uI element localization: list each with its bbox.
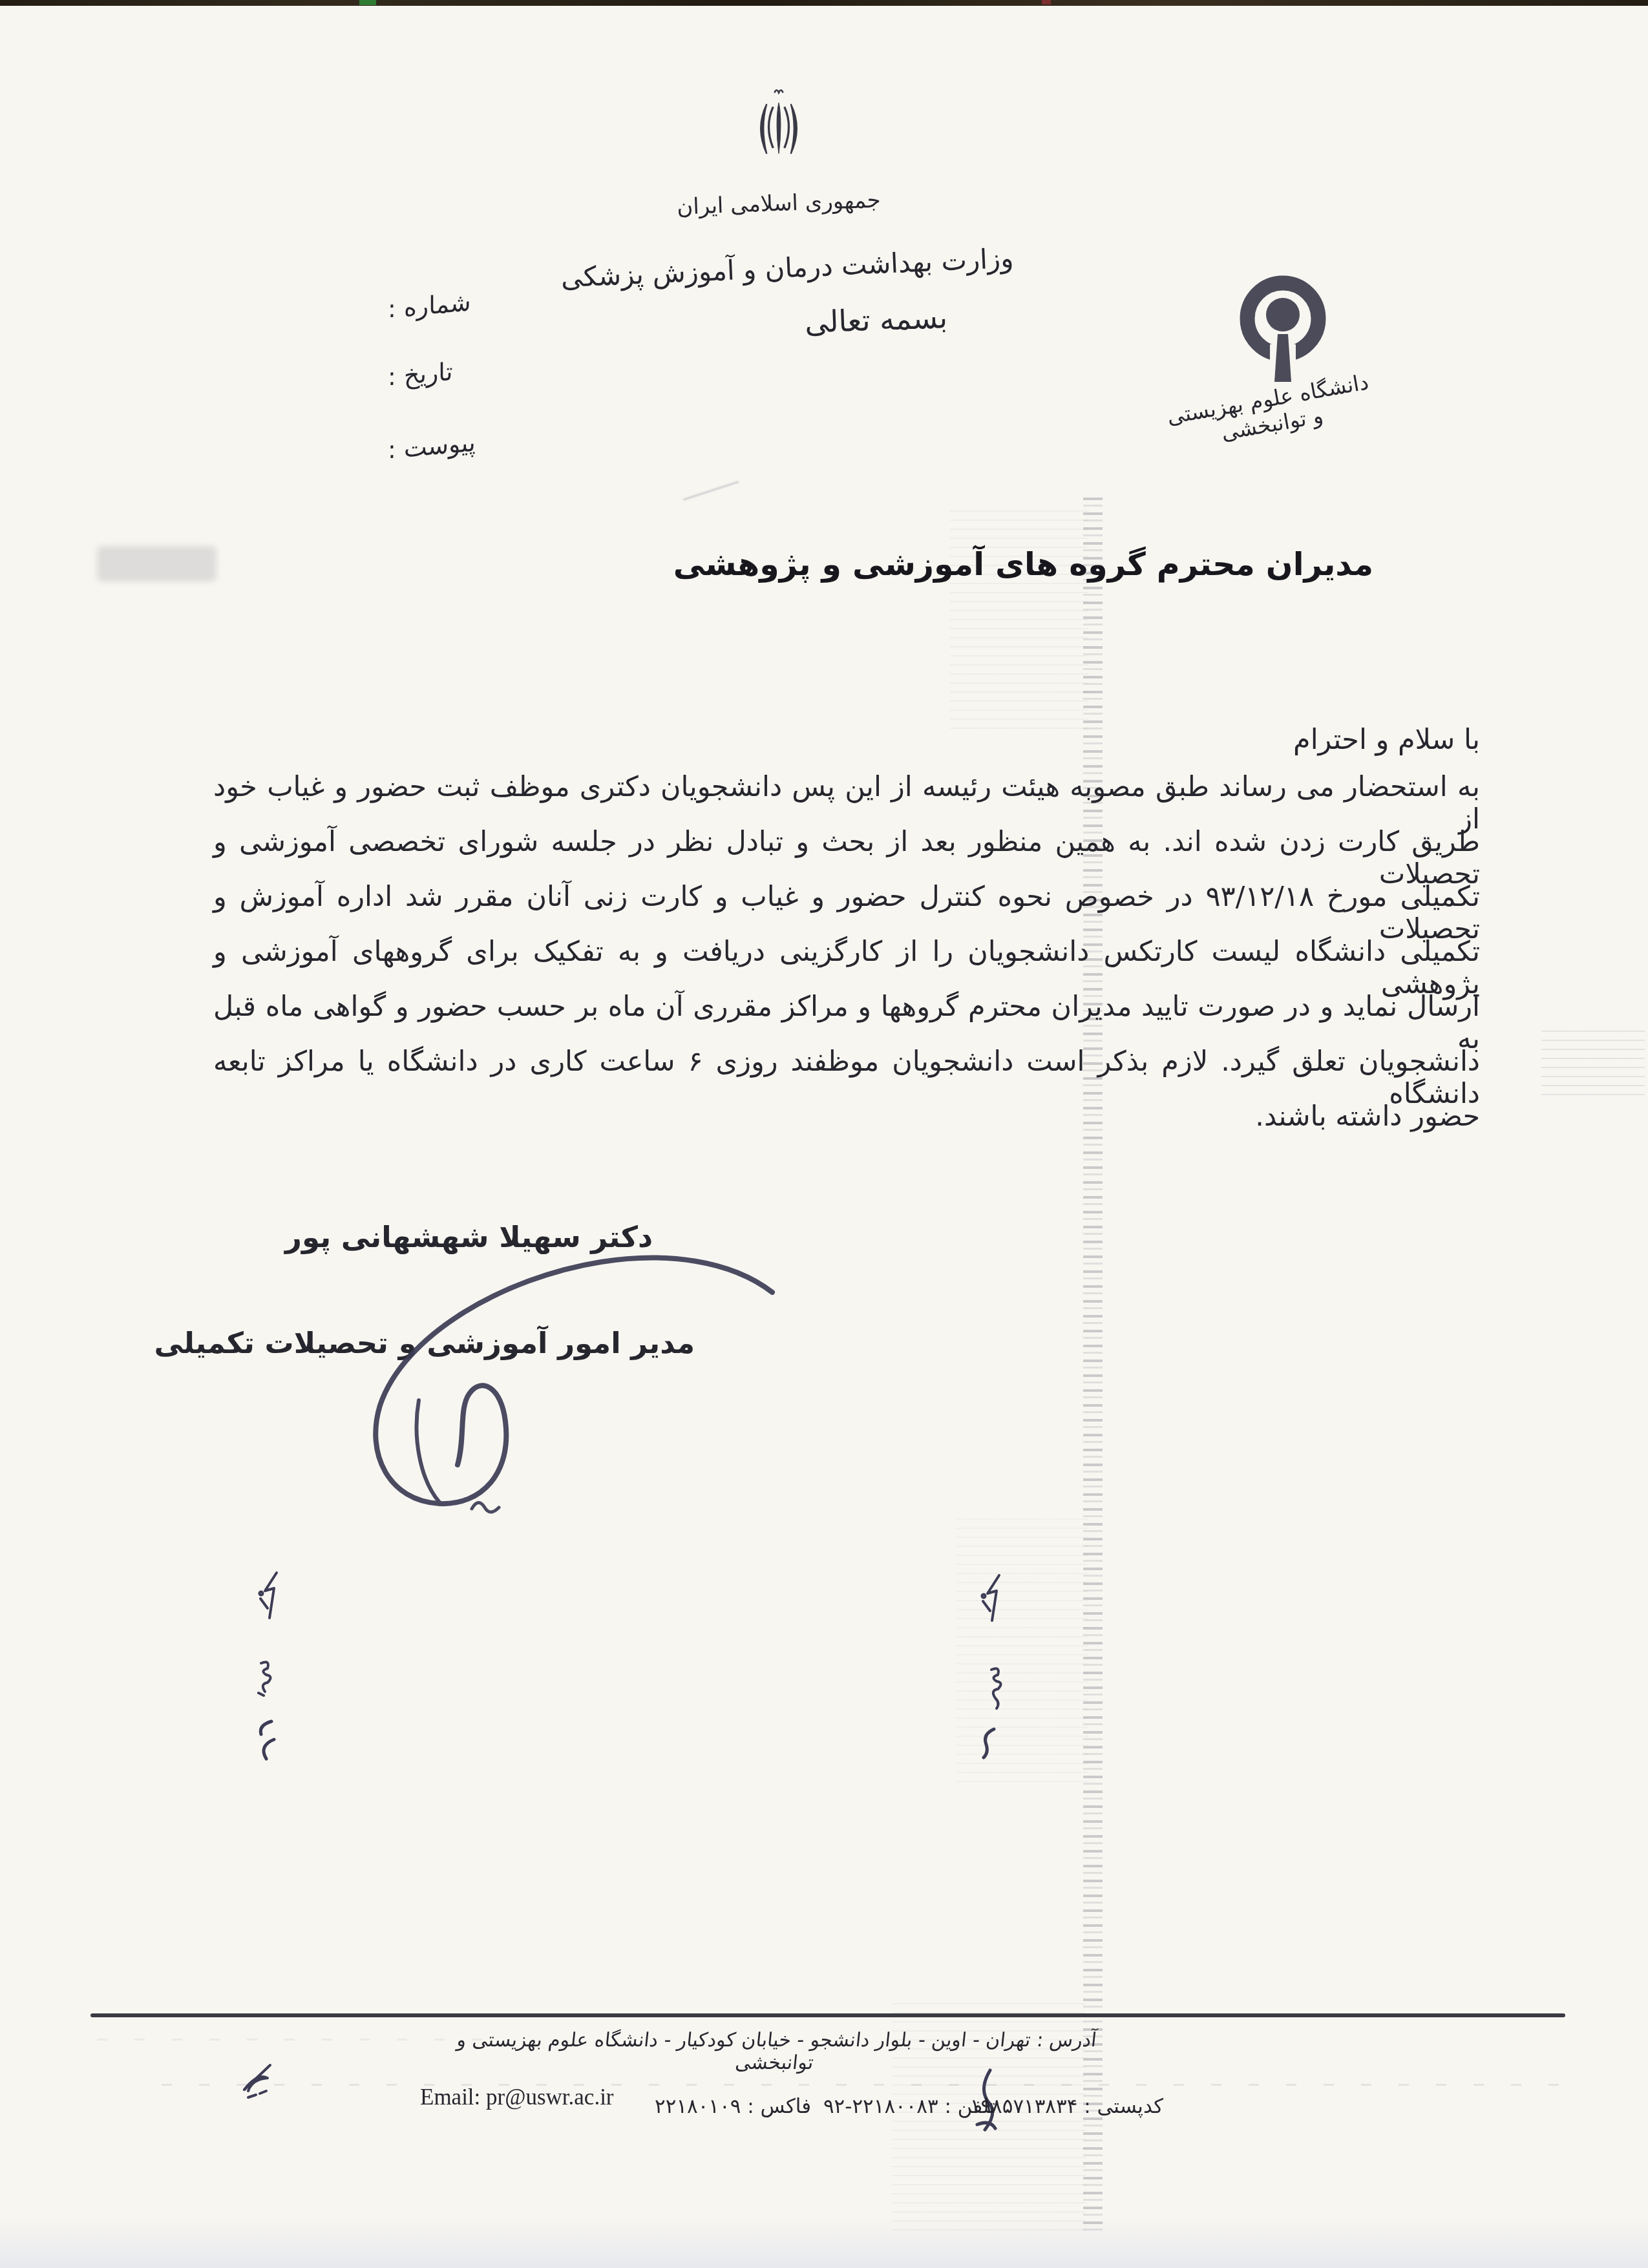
body-line: حضور داشته باشند.	[213, 1100, 1480, 1133]
pencil-smudge	[683, 481, 739, 501]
ink-mark	[234, 2063, 275, 2103]
ref-date-label: تاریخ :	[388, 354, 485, 391]
phone-value: ۲۲۱۸۰۰۸۳-۹۲	[823, 2095, 938, 2118]
uswr-logo-icon	[1238, 275, 1328, 388]
email-value: pr@uswr.ac.ir	[486, 2084, 613, 2110]
ink-mark	[980, 1571, 1008, 1626]
scan-speck	[1042, 0, 1051, 5]
scan-noise-patch	[956, 1518, 1089, 1790]
ref-attachment-label: پیوست :	[388, 427, 485, 464]
scan-noise-patch	[950, 510, 1089, 737]
salutation: با سلام و احترام	[1293, 724, 1480, 756]
ink-mark	[253, 1659, 277, 1697]
iran-emblem-icon	[757, 87, 800, 163]
scanned-letter-page: جمهوری اسلامی ایران وزارت بهداشت درمان و…	[0, 0, 1648, 2268]
ink-mark	[984, 1666, 1007, 1711]
scan-streak	[162, 2084, 1583, 2086]
footer-email: Email: pr@uswr.ac.ir	[420, 2084, 614, 2110]
email-label: Email:	[420, 2084, 480, 2110]
footer-fax: فاکس : ۲۲۱۸۰۱۰۹	[655, 2095, 811, 2118]
phone-label: تلفن :	[945, 2095, 995, 2118]
postal-label: کدپستی :	[1084, 2095, 1163, 2118]
scan-speck	[359, 0, 376, 5]
signature-scribble	[343, 1224, 782, 1528]
scan-streak	[97, 2039, 485, 2041]
ink-mark	[977, 1727, 1000, 1760]
footer-address: آدرس : تهران - اوین - بلوار دانشجو - خیا…	[450, 2029, 1101, 2074]
fax-label: فاکس :	[747, 2095, 811, 2118]
recipient-title: مدیران محترم گروه های آموزشی و پژوهشی	[673, 546, 1373, 583]
footer-phone: تلفن : ۲۲۱۸۰۰۸۳-۹۲	[823, 2095, 995, 2118]
besmellah-line: بسمه تعالی	[804, 300, 948, 340]
scan-noise-patch	[1541, 1031, 1645, 1102]
scan-top-edge	[0, 0, 1648, 6]
scan-smudge	[97, 546, 217, 582]
footer-rule	[90, 2013, 1565, 2017]
footer-postal: کدپستی : ۱۹۸۵۷۱۳۸۳۴	[970, 2095, 1163, 2118]
scan-noise-band	[1083, 498, 1103, 2236]
ink-mark	[257, 1569, 286, 1623]
fax-value: ۲۲۱۸۰۱۰۹	[655, 2095, 741, 2118]
ink-mark	[253, 1719, 280, 1761]
scan-bottom-shade	[0, 2216, 1648, 2268]
